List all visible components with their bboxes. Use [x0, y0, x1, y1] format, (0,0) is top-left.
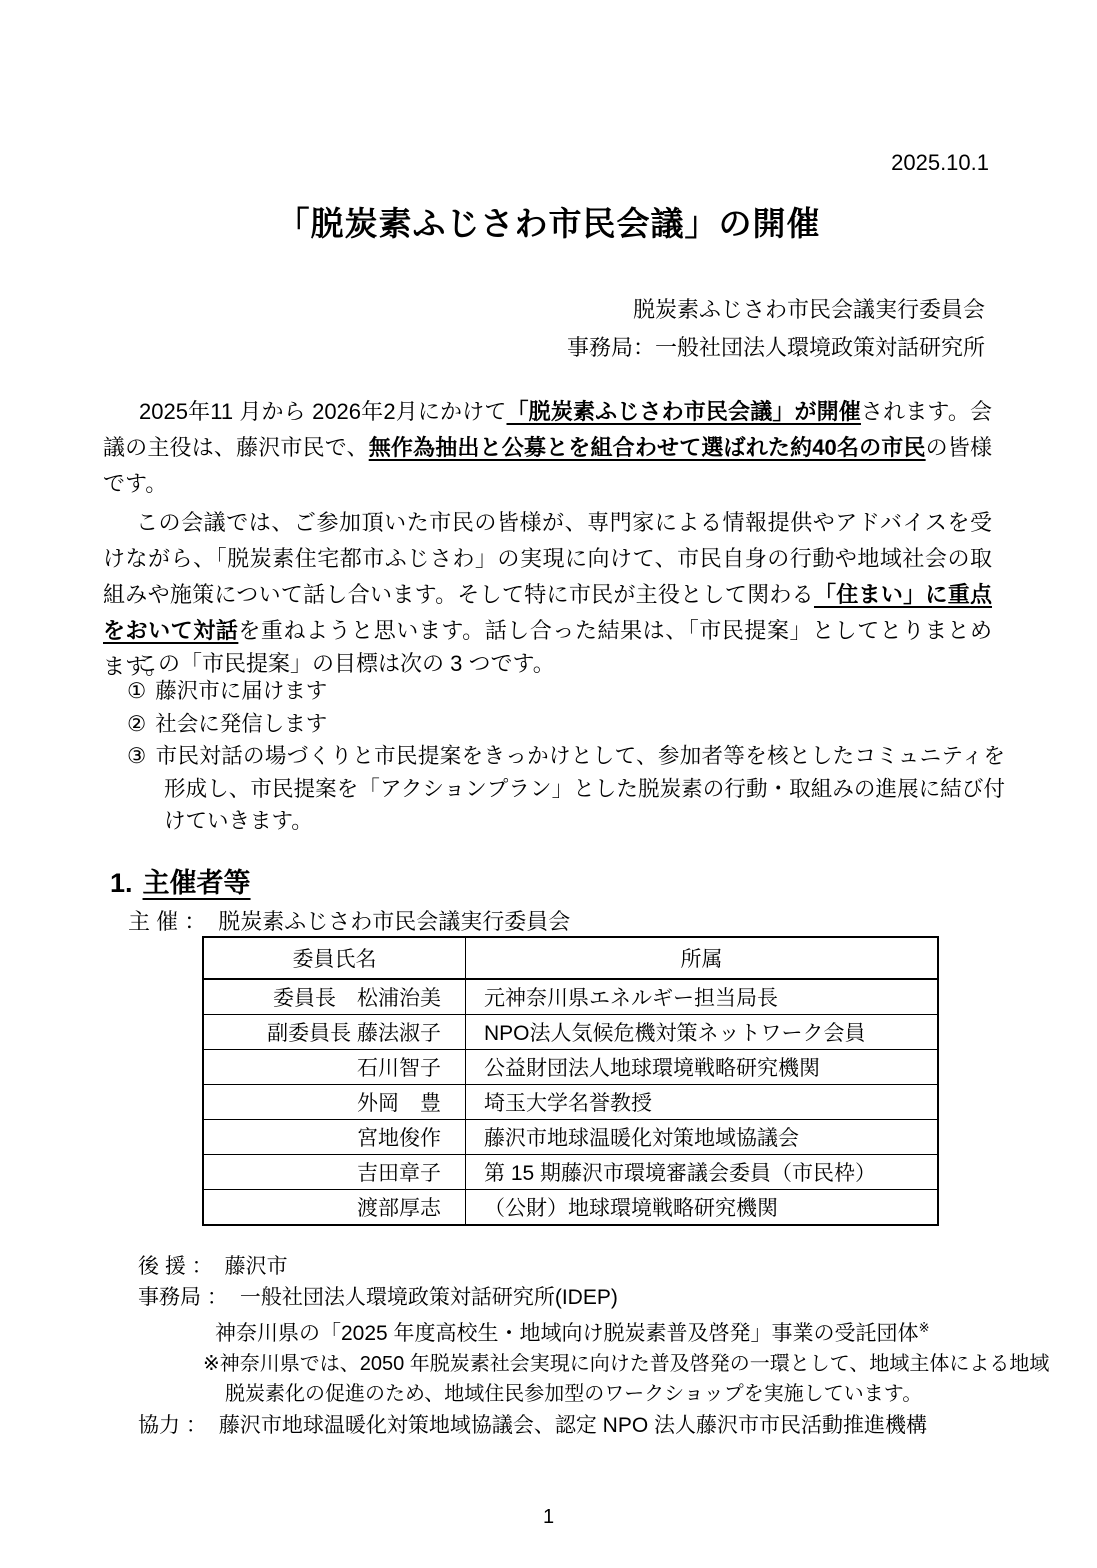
section-number: 1. [110, 868, 133, 898]
goal-text-3: 市民対話の場づくりと市民提案をきっかけとして、参加者等を核としたコミュニティを形… [156, 744, 1005, 833]
goal-item-2: ②社会に発信します [127, 708, 1005, 741]
goal-marker-1: ① [127, 679, 146, 703]
goal-list: ①藤沢市に届けます ②社会に発信します ③市民対話の場づくりと市民提案をきっかけ… [127, 675, 1005, 838]
para1-seg1: 2025年11 月から 2026年2月にかけて [139, 399, 507, 424]
table-row: 外岡 豊 埼玉大学名誉教授 [203, 1085, 938, 1120]
byline-committee: 脱炭素ふじさわ市民会議実行委員会 [567, 291, 985, 329]
secretariat-line: 事務局 ：一般社団法人環境政策対話研究所(IDEP) [138, 1282, 1049, 1313]
committee-name-cell: 吉田章子 [203, 1155, 466, 1190]
table-row: 渡部厚志 （公財）地球環境戦略研究機関 [203, 1190, 938, 1226]
secretariat-block: 事務局 ：一般社団法人環境政策対話研究所(IDEP) 神奈川県の「2025 年度… [138, 1282, 1049, 1409]
paragraph-overview: 2025年11 月から 2026年2月にかけて「脱炭素ふじさわ市民会議」が開催さ… [103, 394, 992, 502]
cooperation-label: 協力 ： [138, 1414, 207, 1437]
committee-name-cell: 宮地俊作 [203, 1120, 466, 1155]
byline-secretariat: 事務局：一般社団法人環境政策対話研究所 [567, 329, 985, 367]
committee-name-cell: 副委員長 藤法淑子 [203, 1015, 466, 1050]
host-line: 主 催 ：脱炭素ふじさわ市民会議実行委員会 [128, 905, 570, 936]
table-row: 委員長 松浦治美 元神奈川県エネルギー担当局長 [203, 979, 938, 1015]
support-line: 後 援 ：藤沢市 [138, 1250, 288, 1280]
page-number: 1 [0, 1506, 1097, 1529]
committee-name-cell: 委員長 松浦治美 [203, 979, 466, 1015]
table-row: 吉田章子 第 15 期藤沢市環境審議会委員（市民枠） [203, 1155, 938, 1190]
committee-affiliation-cell: 元神奈川県エネルギー担当局長 [466, 979, 939, 1015]
committee-table: 委員氏名 所属 委員長 松浦治美 元神奈川県エネルギー担当局長 副委員長 藤法淑… [202, 936, 939, 1226]
committee-name-cell: 外岡 豊 [203, 1085, 466, 1120]
support-value: 藤沢市 [225, 1255, 288, 1278]
byline: 脱炭素ふじさわ市民会議実行委員会 事務局：一般社団法人環境政策対話研究所 [567, 291, 985, 367]
committee-affiliation-cell: 公益財団法人地球環境戦略研究機関 [466, 1050, 939, 1085]
committee-affiliation-cell: （公財）地球環境戦略研究機関 [466, 1190, 939, 1226]
footnote-line-2: 脱炭素化の促進のため、地域住民参加型のワークショップを実施しています。 [225, 1379, 1049, 1409]
table-row: 石川智子 公益財団法人地球環境戦略研究機関 [203, 1050, 938, 1085]
host-label: 主 催 ： [128, 909, 206, 934]
committee-name-cell: 渡部厚志 [203, 1190, 466, 1226]
committee-affiliation-cell: 埼玉大学名誉教授 [466, 1085, 939, 1120]
table-row: 宮地俊作 藤沢市地球温暖化対策地域協議会 [203, 1120, 938, 1155]
footnote-marker: ※ [919, 1320, 930, 1335]
secretariat-entrusted-line: 神奈川県の「2025 年度高校生・地域向け脱炭素普及啓発」事業の受託団体※ [215, 1313, 1049, 1349]
secretariat-label: 事務局 ： [138, 1286, 228, 1309]
section-heading-organizers: 1.主催者等 [110, 861, 251, 900]
section-title: 主催者等 [143, 868, 251, 898]
header-affiliation: 所属 [466, 937, 939, 979]
document-date: 2025.10.1 [891, 150, 989, 176]
cooperation-value: 藤沢市地球温暖化対策地域協議会、認定 NPO 法人藤沢市市民活動推進機構 [219, 1414, 927, 1437]
host-value: 脱炭素ふじさわ市民会議実行委員会 [218, 909, 570, 934]
table-row: 副委員長 藤法淑子 NPO法人気候危機対策ネットワーク会員 [203, 1015, 938, 1050]
goal-marker-3: ③ [127, 744, 147, 768]
goal-text-1: 藤沢市に届けます [155, 679, 327, 703]
cooperation-line: 協力 ：藤沢市地球温暖化対策地域協議会、認定 NPO 法人藤沢市市民活動推進機構 [138, 1409, 927, 1439]
header-member-name: 委員氏名 [203, 937, 466, 979]
goal-item-3: ③市民対話の場づくりと市民提案をきっかけとして、参加者等を核としたコミュニティを… [127, 740, 1005, 838]
committee-name-cell: 石川智子 [203, 1050, 466, 1085]
committee-affiliation-cell: NPO法人気候危機対策ネットワーク会員 [466, 1015, 939, 1050]
paragraph-goals-intro: この「市民提案」の目標は次の 3 つです。 [103, 647, 992, 678]
goal-text-2: 社会に発信します [155, 712, 327, 736]
footnote-line-1: ※神奈川県では、2050 年脱炭素社会実現に向けた普及啓発の一環として、地域主体… [203, 1349, 1049, 1379]
secretariat-value: 一般社団法人環境政策対話研究所(IDEP) [240, 1286, 618, 1309]
para1-highlight-1: 「脱炭素ふじさわ市民会議」が開催 [507, 399, 861, 424]
table-header-row: 委員氏名 所属 [203, 937, 938, 979]
committee-affiliation-cell: 藤沢市地球温暖化対策地域協議会 [466, 1120, 939, 1155]
goal-marker-2: ② [127, 712, 146, 736]
entrusted-text: 神奈川県の「2025 年度高校生・地域向け脱炭素普及啓発」事業の受託団体 [215, 1322, 919, 1345]
document-page: 2025.10.1 「脱炭素ふじさわ市民会議」の開催 脱炭素ふじさわ市民会議実行… [0, 0, 1097, 1568]
document-title: 「脱炭素ふじさわ市民会議」の開催 [0, 198, 1097, 245]
para1-highlight-2: 無作為抽出と公募とを組合わせて選ばれた約40名の市民 [369, 435, 926, 460]
support-label: 後 援 ： [138, 1255, 213, 1278]
goal-item-1: ①藤沢市に届けます [127, 675, 1005, 708]
committee-affiliation-cell: 第 15 期藤沢市環境審議会委員（市民枠） [466, 1155, 939, 1190]
committee-table-wrap: 委員氏名 所属 委員長 松浦治美 元神奈川県エネルギー担当局長 副委員長 藤法淑… [202, 936, 939, 1226]
